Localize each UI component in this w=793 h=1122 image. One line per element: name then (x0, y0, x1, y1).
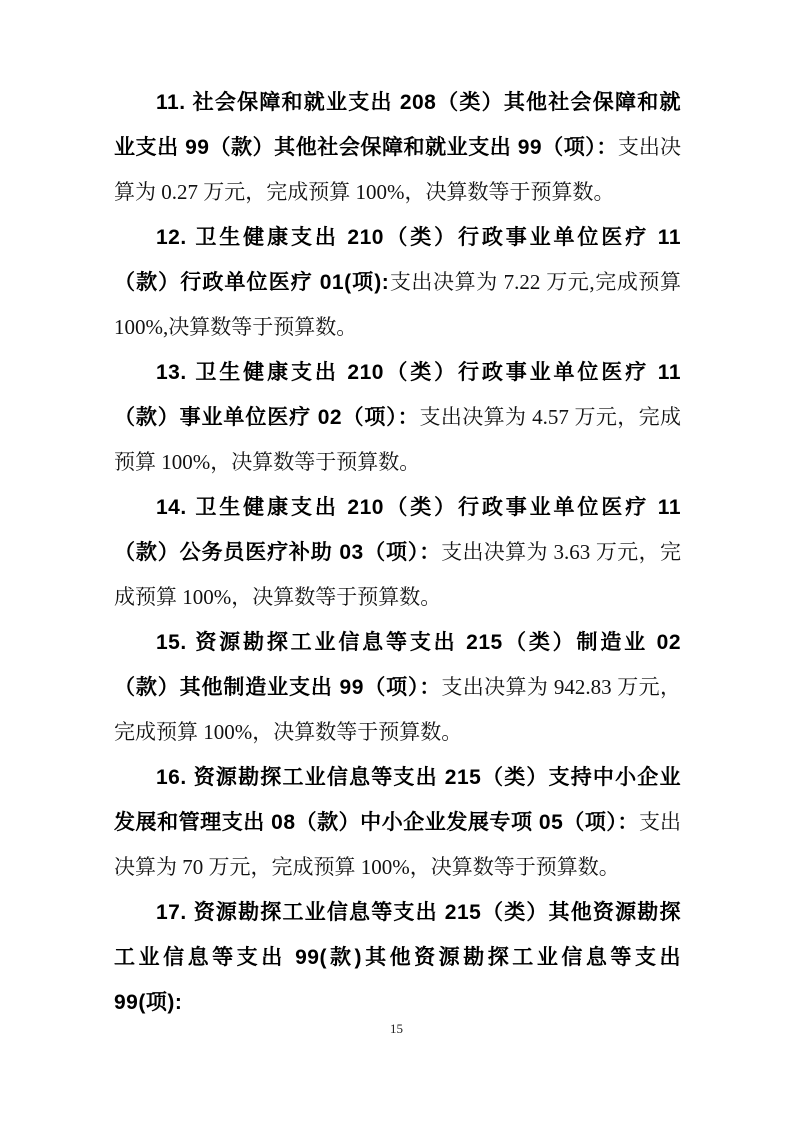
paragraph-item-12: 12. 卫生健康支出 210（类）行政事业单位医疗 11（款）行政单位医疗 01… (114, 215, 681, 350)
document-body: 11. 社会保障和就业支出 208（类）其他社会保障和就业支出 99（款）其他社… (114, 80, 681, 1025)
page-footer: 15 (0, 1020, 793, 1038)
paragraph-item-15: 15. 资源勘探工业信息等支出 215（类）制造业 02（款）其他制造业支出 9… (114, 620, 681, 755)
paragraph-item-17: 17. 资源勘探工业信息等支出 215（类）其他资源勘探工业信息等支出 99(款… (114, 890, 681, 1025)
paragraph-item-16: 16. 资源勘探工业信息等支出 215（类）支持中小企业发展和管理支出 08（款… (114, 755, 681, 890)
page-number: 15 (390, 1021, 403, 1036)
paragraph-item-14: 14. 卫生健康支出 210（类）行政事业单位医疗 11（款）公务员医疗补助 0… (114, 485, 681, 620)
paragraph-item-11: 11. 社会保障和就业支出 208（类）其他社会保障和就业支出 99（款）其他社… (114, 80, 681, 215)
item-11-heading: 11. 社会保障和就业支出 208（类）其他社会保障和就业支出 99（款）其他社… (114, 91, 681, 159)
document-page: 11. 社会保障和就业支出 208（类）其他社会保障和就业支出 99（款）其他社… (0, 0, 793, 1122)
item-17-heading: 17. 资源勘探工业信息等支出 215（类）其他资源勘探工业信息等支出 99(款… (114, 901, 681, 1014)
paragraph-item-13: 13. 卫生健康支出 210（类）行政事业单位医疗 11（款）事业单位医疗 02… (114, 350, 681, 485)
item-16-heading: 16. 资源勘探工业信息等支出 215（类）支持中小企业发展和管理支出 08（款… (114, 766, 681, 834)
